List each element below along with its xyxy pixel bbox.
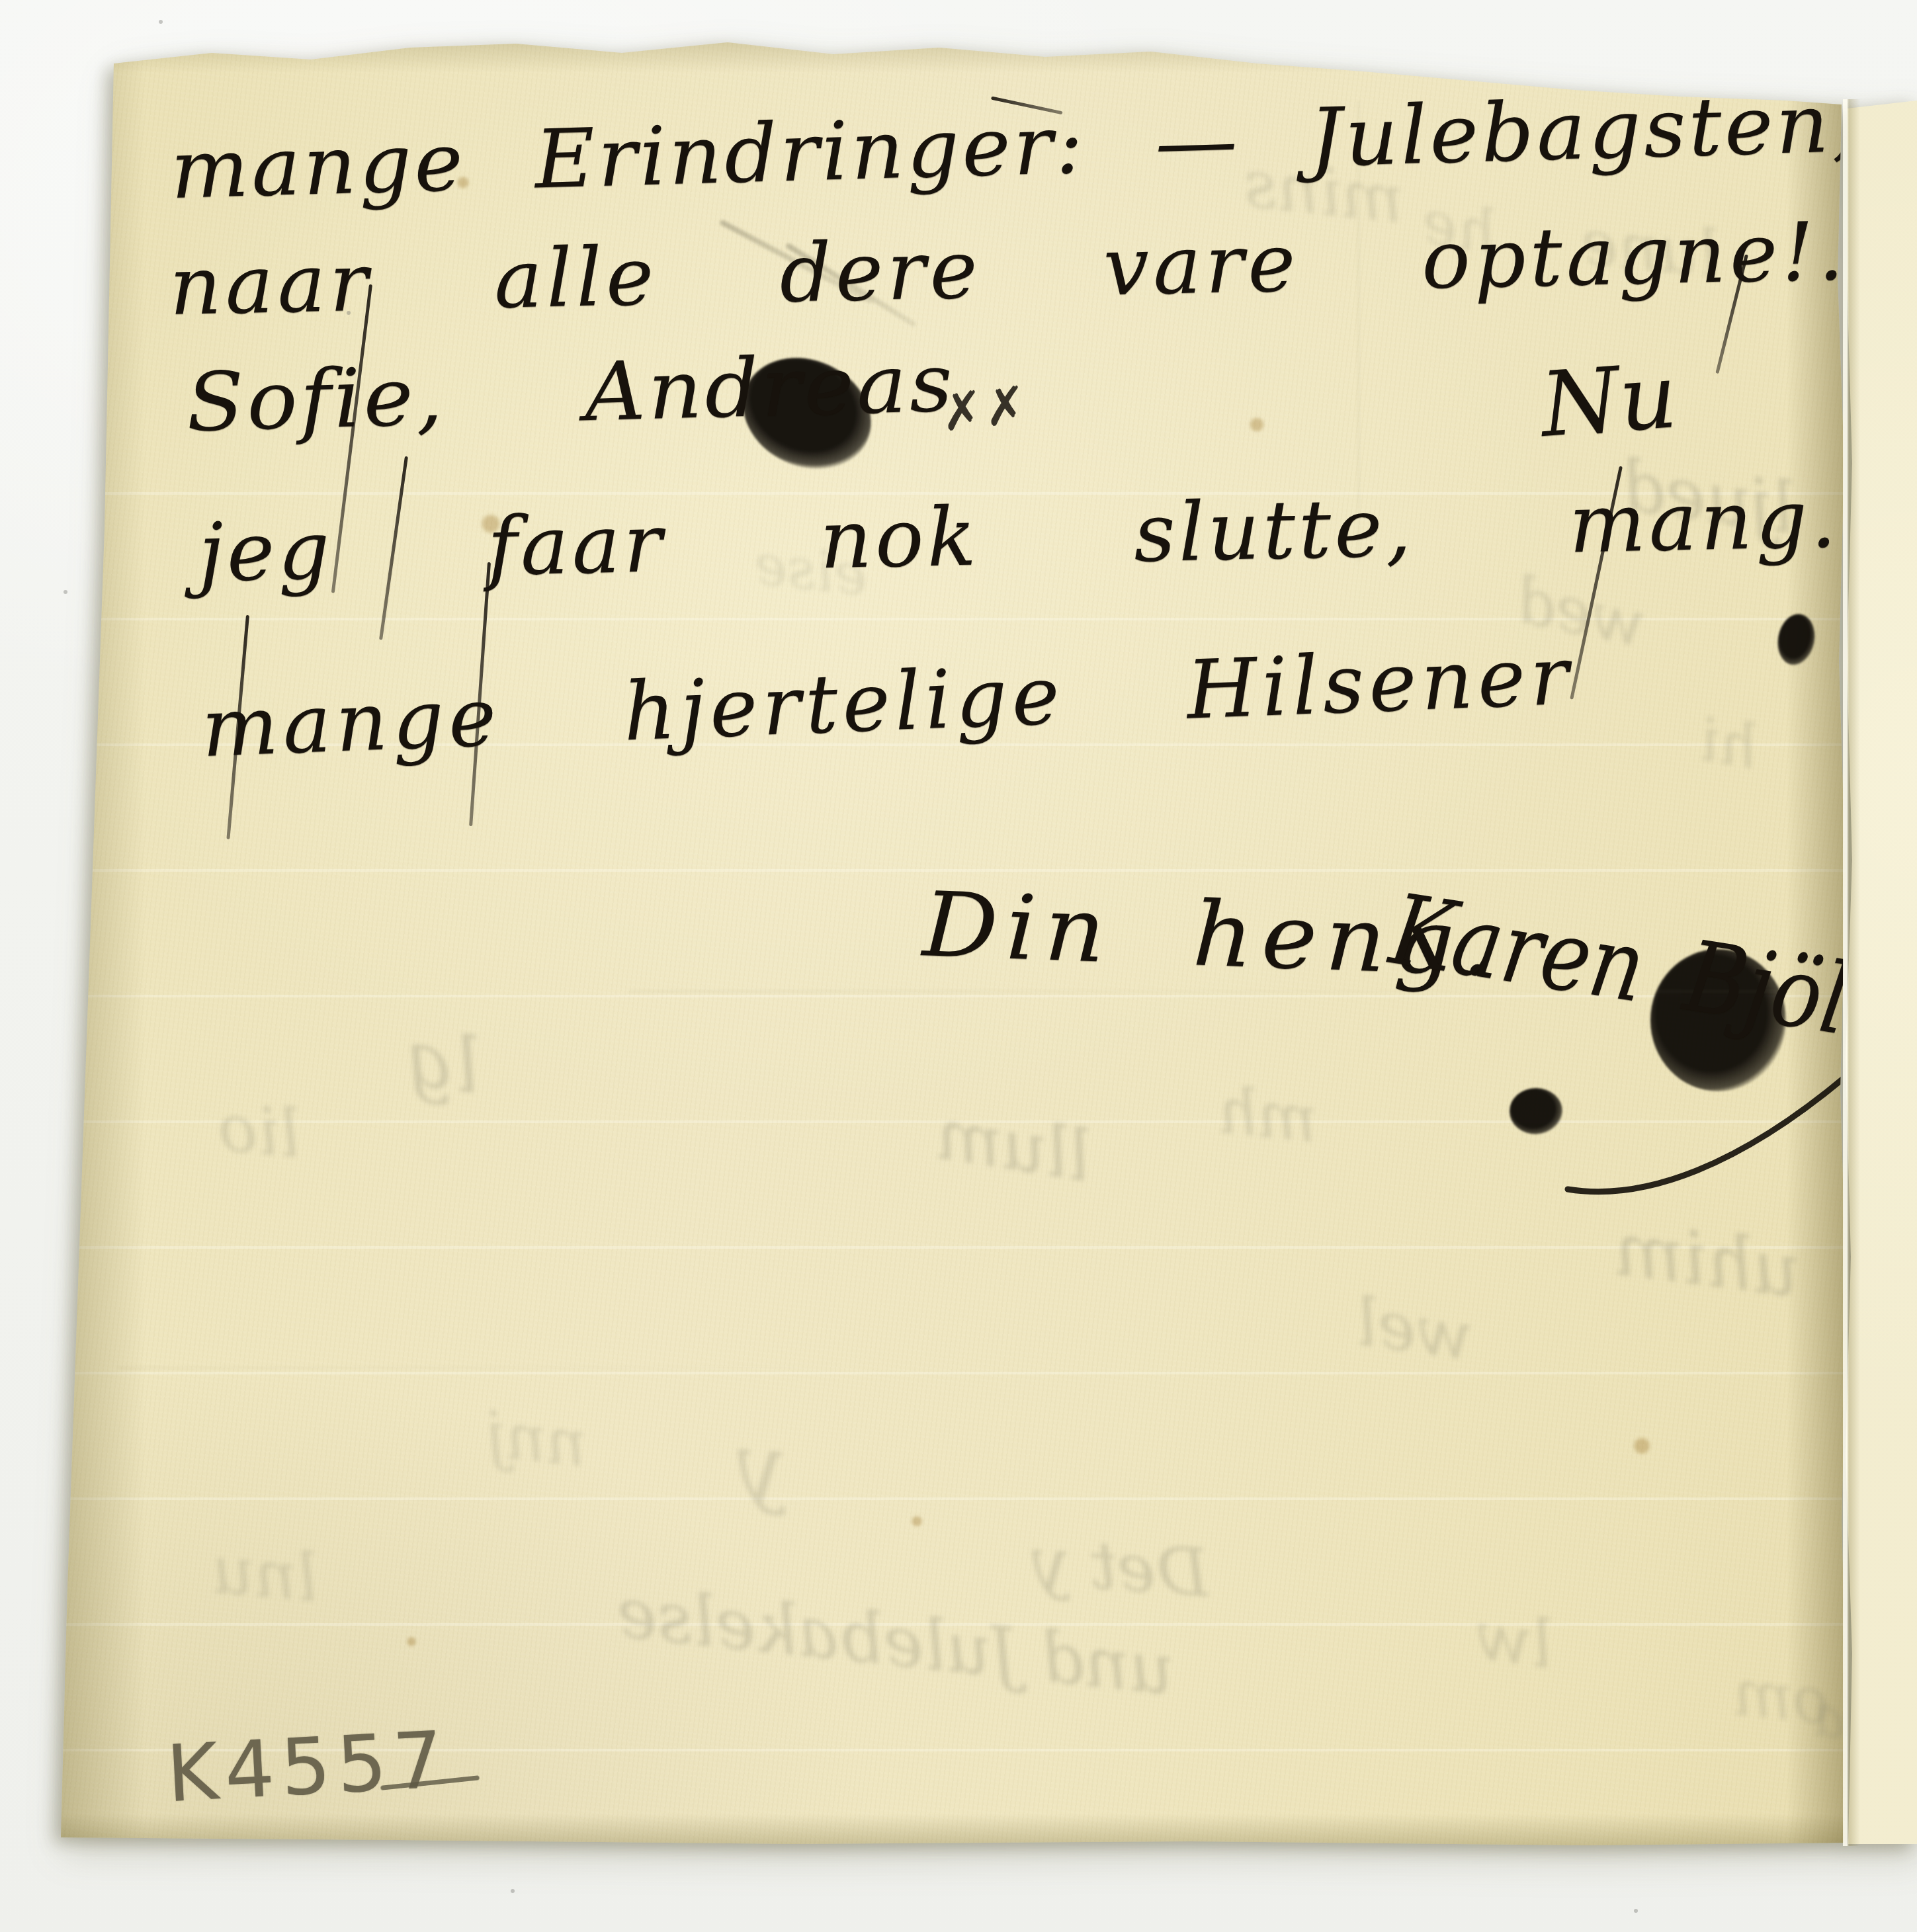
bleedthrough-mark: lg [402,1021,484,1106]
letter-page: minsheluneljuedwedeisehilgliollummhuhimw… [0,0,1917,1932]
paper-stain [1633,1437,1651,1455]
handwriting-line-1: mange Erindringer: — Julebagsten, [169,83,1861,210]
bleedthrough-mark: und Julebakelse [613,1578,1177,1706]
bleedthrough-mark: lw [1471,1602,1557,1678]
handwriting-line-4: jeg faar nok slutte, mang. [198,478,1840,593]
dust-speck [64,590,67,594]
dust-speck [159,20,163,24]
bleedthrough-mark: lio [216,1095,303,1167]
paper-stain [1249,417,1265,433]
paper-sheet: minsheluneljuedwedeisehilgliollummhuhimw… [0,0,1917,1932]
dust-speck [1634,1909,1638,1913]
handwriting-line-3: Sofie, Andreas [185,343,956,443]
dust-speck [347,311,351,315]
paper-stain [406,1636,417,1647]
handwriting-line-3-right: Nu [1538,351,1680,450]
bleedthrough-mark: llum [931,1099,1095,1192]
handwriting-signature: Karen Bjölg [1384,880,1908,1058]
bleedthrough-mark: y [734,1420,790,1510]
dust-speck [511,1889,515,1893]
torn-edge-highlight [1843,99,1860,1846]
scanned-letter-image: minsheluneljuedwedeisehilgliollummhuhimw… [0,0,1917,1932]
bleedthrough-mark: om [1730,1662,1833,1735]
paper-edge-left-shade [40,40,146,1866]
catalog-number: K4557 [165,1720,451,1813]
bleedthrough-mark: uhim [1610,1212,1803,1307]
paper-edge-top-shade [40,33,1877,73]
ink-blot [1510,1088,1562,1134]
bleedthrough-mark: nnj [483,1404,589,1476]
bleedthrough-mark: lnu [209,1536,321,1612]
paper-crease [118,1366,978,1369]
bleedthrough-mark: wel [1352,1288,1477,1370]
handwriting-line-2: naar alle dere vare optagne!. [169,211,1848,327]
bleedthrough-mark: hi [1695,710,1762,778]
handwriting-line-5: mange hjertelige Hilsener [200,635,1575,769]
bleedthrough-mark: mh [1214,1079,1320,1152]
ink-blot [1774,611,1819,668]
paper-edge-bottom-shade [40,1814,1917,1847]
bleedthrough-mark: Det y [1030,1529,1211,1607]
paper-stain [911,1515,923,1527]
